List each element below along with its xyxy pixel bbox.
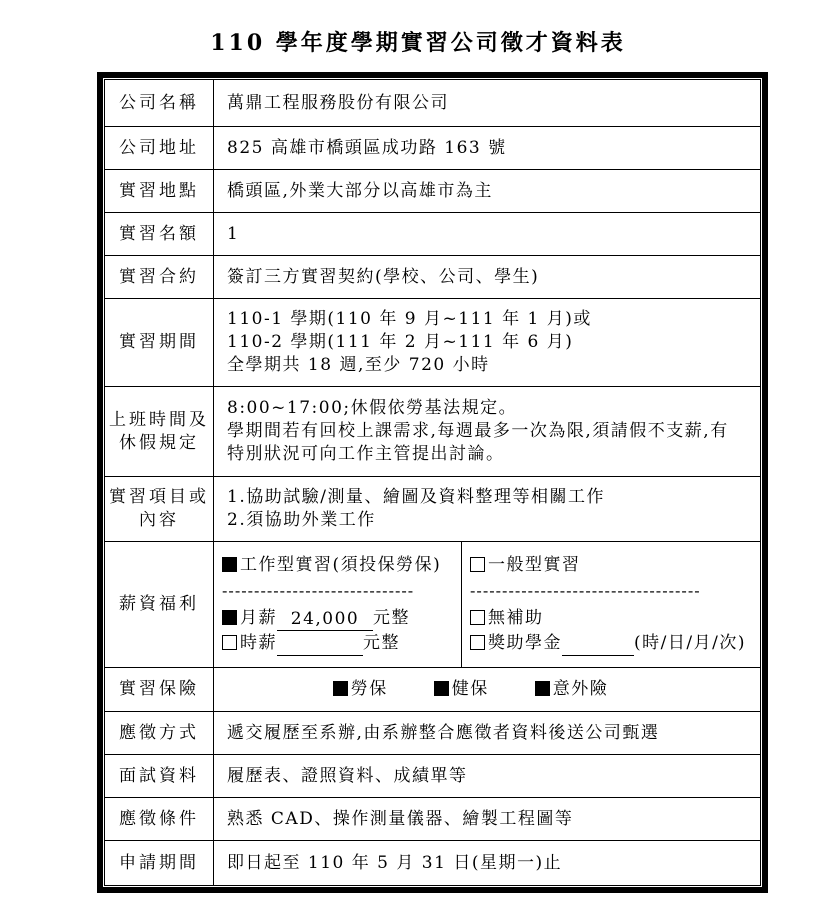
hourly-salary-amount <box>277 655 363 656</box>
no-subsidy-checkbox-icon <box>470 610 485 625</box>
row-internship-period: 實習期間 110-1 學期(110 年 9 月~111 年 1 月)或 110-… <box>105 299 760 387</box>
work-type-option: 工作型實習(須投保勞保) <box>222 553 457 578</box>
internship-contract-label: 實習合約 <box>105 256 214 298</box>
row-internship-quota: 實習名額 1 <box>105 213 760 256</box>
requirements-label: 應徵條件 <box>105 798 214 840</box>
period-line-2: 110-2 學期(111 年 2 月~111 年 6 月) <box>227 331 760 354</box>
internship-location-label: 實習地點 <box>105 170 214 212</box>
row-internship-location: 實習地點 橋頭區,外業大部分以高雄市為主 <box>105 170 760 213</box>
row-salary-benefits: 薪資福利 工作型實習(須投保勞保) ----------------------… <box>105 542 760 668</box>
row-internship-items: 實習項目或 內容 1.協助試驗/測量、繪圖及資料整理等相關工作 2.須協助外業工… <box>105 477 760 542</box>
period-line-3: 全學期共 18 週,至少 720 小時 <box>227 354 760 377</box>
internship-location-value: 橋頭區,外業大部分以高雄市為主 <box>214 170 760 212</box>
work-type-text: 工作型實習(須投保勞保) <box>240 555 441 575</box>
interview-docs-label: 面試資料 <box>105 755 214 797</box>
internship-insurance-label: 實習保險 <box>105 668 214 711</box>
internship-items-value: 1.協助試驗/測量、繪圖及資料整理等相關工作 2.須協助外業工作 <box>214 477 760 541</box>
monthly-salary-option: 月薪24,000元整 <box>222 606 457 631</box>
health-insurance-checkbox-icon <box>434 681 449 696</box>
recruitment-form-table: 公司名稱 萬鼎工程服務股份有限公司 公司地址 825 高雄市橋頭區成功路 163… <box>97 72 768 893</box>
salary-work-type-column: 工作型實習(須投保勞保) ---------------------------… <box>214 542 462 667</box>
accident-insurance-checkbox-icon <box>535 681 550 696</box>
items-line-2: 2.須協助外業工作 <box>227 509 760 532</box>
period-line-1: 110-1 學期(110 年 9 月~111 年 1 月)或 <box>227 308 760 331</box>
items-line-1: 1.協助試驗/測量、繪圖及資料整理等相關工作 <box>227 486 760 509</box>
accident-insurance-option: 意外險 <box>535 678 609 701</box>
page-title: 110 學年度學期實習公司徵才資料表 <box>0 26 836 57</box>
apply-period-label: 申請期間 <box>105 841 214 885</box>
form-table-inner: 公司名稱 萬鼎工程服務股份有限公司 公司地址 825 高雄市橋頭區成功路 163… <box>104 79 761 886</box>
hourly-salary-option: 時薪元整 <box>222 631 457 656</box>
work-hours-label: 上班時間及 休假規定 <box>105 387 214 476</box>
apply-method-label: 應徵方式 <box>105 712 214 754</box>
monthly-salary-checkbox-icon <box>222 610 237 625</box>
company-address-label: 公司地址 <box>105 127 214 169</box>
work-hours-line-1: 8:00~17:00;休假依勞基法規定。 <box>227 397 760 420</box>
salary-benefits-label: 薪資福利 <box>105 542 214 667</box>
row-interview-docs: 面試資料 履歷表、證照資料、成績單等 <box>105 755 760 798</box>
interview-docs-value: 履歷表、證照資料、成績單等 <box>214 755 760 797</box>
salary-benefits-value: 工作型實習(須投保勞保) ---------------------------… <box>214 542 760 667</box>
general-type-checkbox-icon <box>470 557 485 572</box>
general-type-text: 一般型實習 <box>488 555 581 575</box>
row-internship-contract: 實習合約 簽訂三方實習契約(學校、公司、學生) <box>105 256 760 299</box>
apply-method-value: 遞交履歷至系辦,由系辦整合應徵者資料後送公司甄選 <box>214 712 760 754</box>
internship-insurance-value: 勞保 健保 意外險 <box>214 668 760 711</box>
work-hours-value: 8:00~17:00;休假依勞基法規定。 學期間若有回校上課需求,每週最多一次為… <box>214 387 760 476</box>
labor-insurance-option: 勞保 <box>333 678 388 701</box>
no-subsidy-text: 無補助 <box>488 608 544 628</box>
scholarship-option: 獎助學金(時/日/月/次) <box>470 631 756 656</box>
salary-left-divider: ------------------------------ <box>222 583 457 599</box>
internship-contract-value: 簽訂三方實習契約(學校、公司、學生) <box>214 256 760 298</box>
row-internship-insurance: 實習保險 勞保 健保 意外險 <box>105 668 760 712</box>
scholarship-amount <box>562 655 634 656</box>
row-work-hours: 上班時間及 休假規定 8:00~17:00;休假依勞基法規定。 學期間若有回校上… <box>105 387 760 477</box>
company-name-label: 公司名稱 <box>105 80 214 126</box>
general-type-option: 一般型實習 <box>470 553 756 578</box>
company-name-value: 萬鼎工程服務股份有限公司 <box>214 80 760 126</box>
apply-period-value: 即日起至 110 年 5 月 31 日(星期一)止 <box>214 841 760 885</box>
hourly-salary-checkbox-icon <box>222 635 237 650</box>
no-subsidy-option: 無補助 <box>470 606 756 631</box>
internship-items-label: 實習項目或 內容 <box>105 477 214 541</box>
company-address-value: 825 高雄市橋頭區成功路 163 號 <box>214 127 760 169</box>
work-hours-line-2: 學期間若有回校上課需求,每週最多一次為限,須請假不支薪,有 <box>227 420 760 443</box>
scholarship-checkbox-icon <box>470 635 485 650</box>
health-insurance-option: 健保 <box>434 678 489 701</box>
salary-general-type-column: 一般型實習 ----------------------------------… <box>462 542 760 667</box>
row-requirements: 應徵條件 熟悉 CAD、操作測量儀器、繪製工程圖等 <box>105 798 760 841</box>
internship-period-value: 110-1 學期(110 年 9 月~111 年 1 月)或 110-2 學期(… <box>214 299 760 386</box>
row-company-address: 公司地址 825 高雄市橋頭區成功路 163 號 <box>105 127 760 170</box>
monthly-salary-amount: 24,000 <box>277 609 373 631</box>
row-apply-method: 應徵方式 遞交履歷至系辦,由系辦整合應徵者資料後送公司甄選 <box>105 712 760 755</box>
salary-right-divider: ------------------------------------ <box>470 583 756 599</box>
internship-quota-value: 1 <box>214 213 760 255</box>
row-apply-period: 申請期間 即日起至 110 年 5 月 31 日(星期一)止 <box>105 841 760 885</box>
labor-insurance-checkbox-icon <box>333 681 348 696</box>
requirements-value: 熟悉 CAD、操作測量儀器、繪製工程圖等 <box>214 798 760 840</box>
row-company-name: 公司名稱 萬鼎工程服務股份有限公司 <box>105 80 760 127</box>
work-hours-line-3: 特別狀況可向工作主管提出討論。 <box>227 443 760 466</box>
internship-quota-label: 實習名額 <box>105 213 214 255</box>
internship-period-label: 實習期間 <box>105 299 214 386</box>
work-type-checkbox-icon <box>222 557 237 572</box>
